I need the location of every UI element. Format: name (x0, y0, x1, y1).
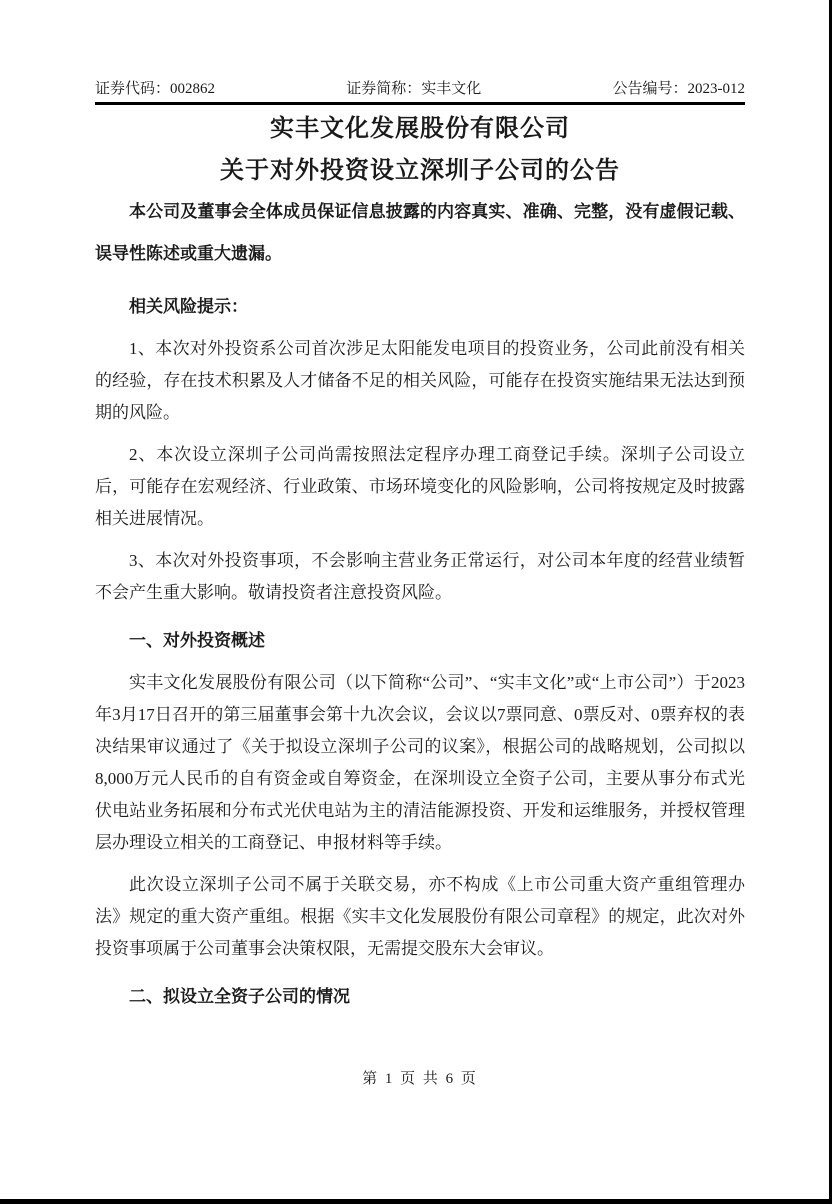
announcement-title: 关于对外投资设立深圳子公司的公告 (95, 155, 745, 187)
risk-item-2: 2、本次设立深圳子公司尚需按照法定程序办理工商登记手续。深圳子公司设立后，可能存… (95, 439, 745, 535)
board-declaration: 本公司及董事会全体成员保证信息披露的内容真实、准确、完整，没有虚假记载、误导性陈… (95, 191, 745, 275)
stock-code: 证券代码：002862 (95, 80, 215, 98)
risk-item-3: 3、本次对外投资事项，不会影响主营业务正常运行，对公司本年度的经营业绩暂不会产生… (95, 545, 745, 609)
section-1-paragraph-1: 实丰文化发展股份有限公司（以下简称“公司”、“实丰文化”或“上市公司”）于202… (95, 667, 745, 859)
page-number-indicator: 第 1 页 共 6 页 (95, 1069, 745, 1089)
risk-tips-heading: 相关风险提示： (95, 291, 745, 323)
scan-artifact-bottom-edge (0, 1199, 832, 1204)
risk-item-1: 1、本次对外投资系公司首次涉足太阳能发电项目的投资业务，公司此前没有相关的经验，… (95, 333, 745, 429)
section-1-heading: 一、对外投资概述 (95, 625, 745, 657)
announcement-document-page: 证券代码：002862 证券简称：实丰文化 公告编号：2023-012 实丰文化… (0, 0, 832, 1204)
section-1-paragraph-2: 此次设立深圳子公司不属于关联交易，亦不构成《上市公司重大资产重组管理办法》规定的… (95, 869, 745, 965)
document-header: 证券代码：002862 证券简称：实丰文化 公告编号：2023-012 (95, 80, 745, 98)
announcement-number: 公告编号：2023-012 (613, 80, 746, 98)
section-2-heading: 二、拟设立全资子公司的情况 (95, 981, 745, 1013)
header-divider (95, 102, 745, 105)
company-title: 实丰文化发展股份有限公司 (95, 113, 745, 145)
stock-short-name: 证券简称：实丰文化 (346, 80, 481, 98)
